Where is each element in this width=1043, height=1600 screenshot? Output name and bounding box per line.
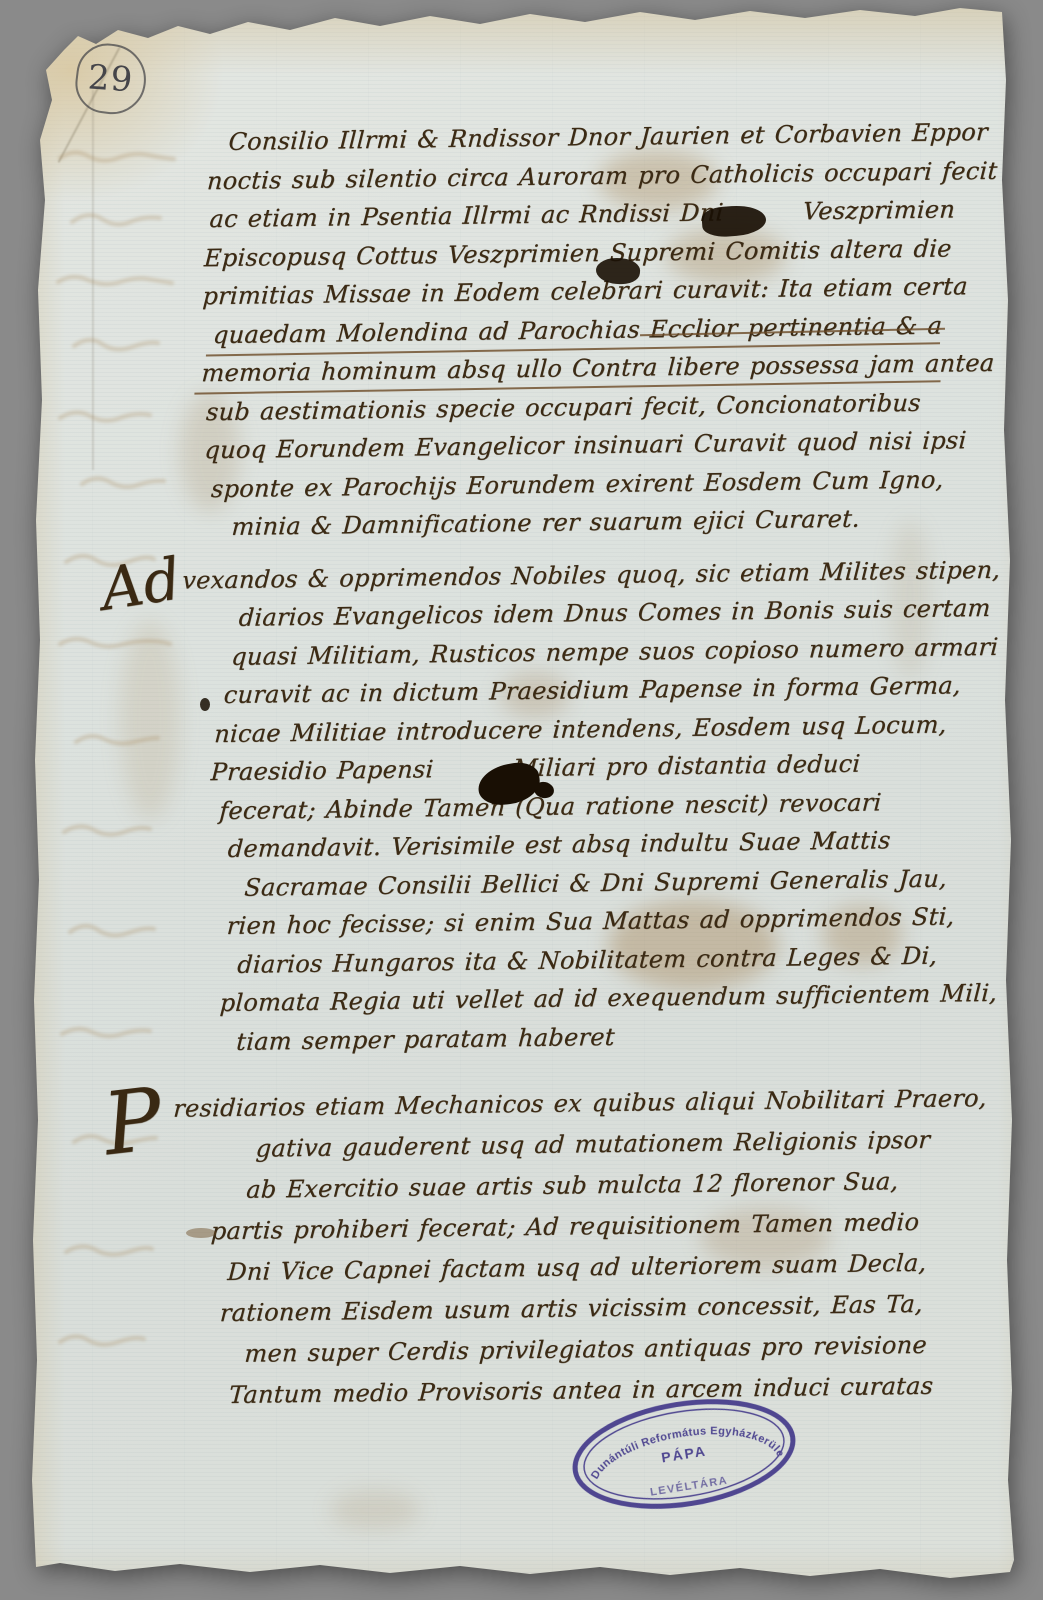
manuscript-text: Consilio Illrmi & Rndissor Dnor Jaurien … (218, 118, 995, 1422)
page-number-value: 29 (87, 57, 135, 100)
paragraph: Advexandos & opprimendos Nobiles quoq, s… (224, 556, 990, 1066)
stamp-bottom-text: LEVÉLTÁRA (649, 1474, 729, 1499)
paragraph: Presidiarios etiam Mechanicos ex quibus … (231, 1084, 995, 1422)
ink-speck (200, 698, 210, 711)
paper-surface: 29 Consilio Illrmi & Rndissor Dnor Jauri… (0, 0, 1043, 1600)
flourished-initial: P (99, 1076, 167, 1168)
stamp-center-text: PÁPA (660, 1443, 708, 1466)
paragraph: Consilio Illrmi & Rndissor Dnor Jaurien … (218, 118, 983, 551)
manuscript-scan: 29 Consilio Illrmi & Rndissor Dnor Jauri… (0, 0, 1043, 1600)
flourished-initial: Ad (97, 549, 185, 618)
ink-smudge (186, 1228, 216, 1238)
paper-sheet: 29 Consilio Illrmi & Rndissor Dnor Jauri… (0, 0, 1043, 1600)
